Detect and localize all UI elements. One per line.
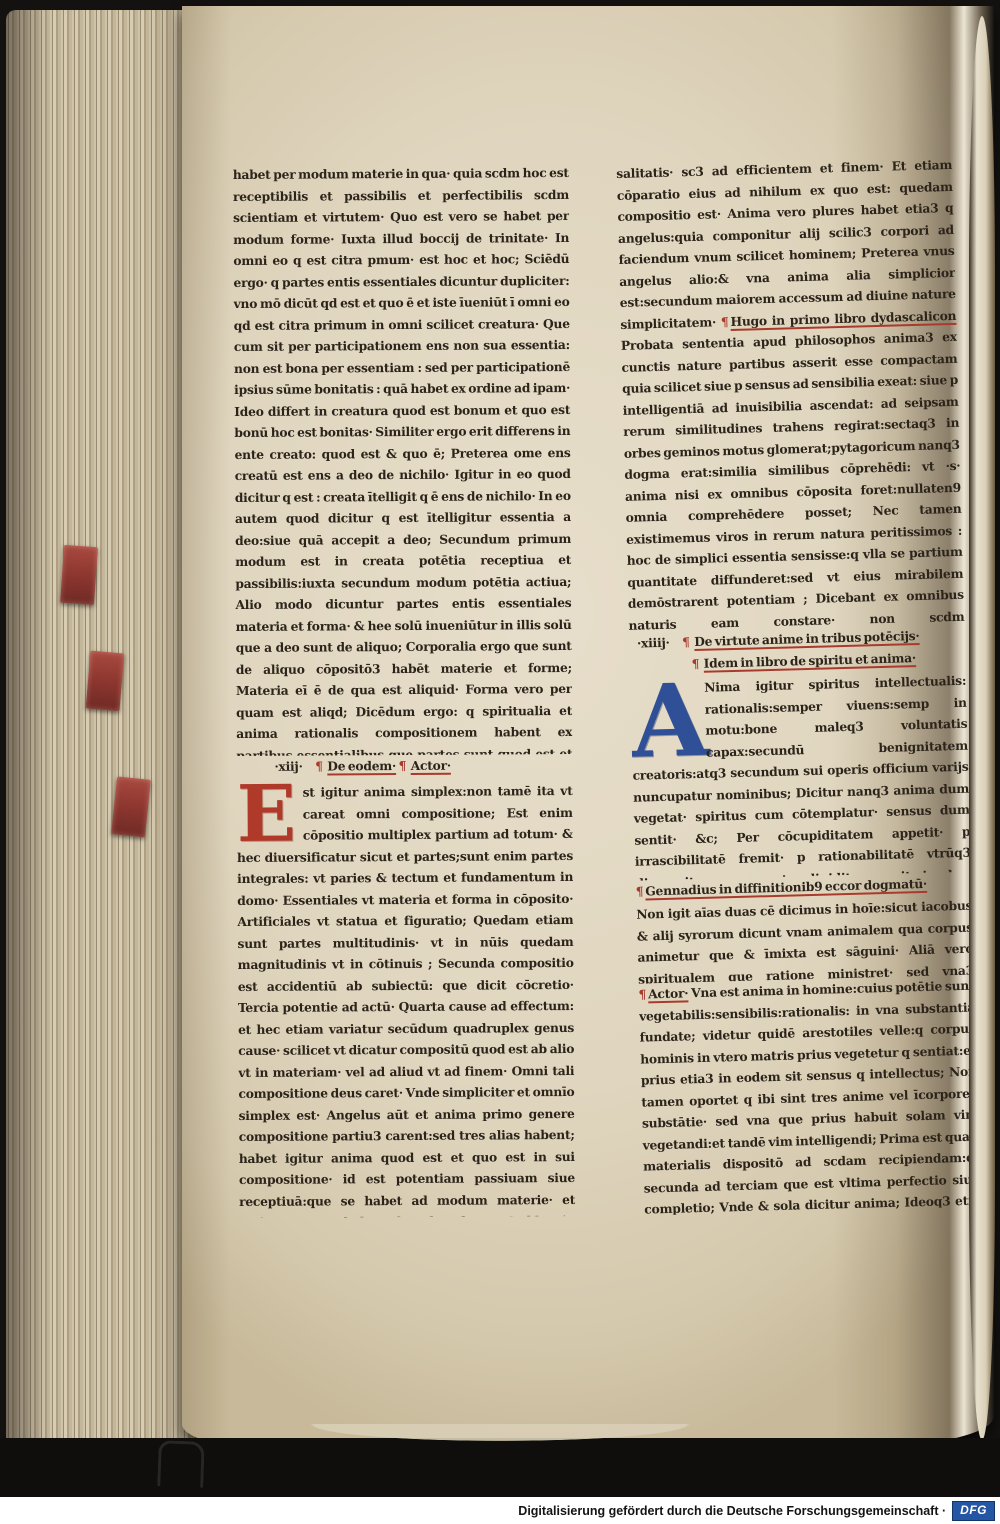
inline-rubric-heading: Hugo in primo libro dydascalicon bbox=[730, 307, 956, 328]
body-text-block: ANima igitur spiritus intellectualis: ra… bbox=[630, 670, 971, 881]
paraph-icon: ¶ bbox=[636, 884, 644, 899]
body-text: st igitur anima simplex:non tamē ita vt … bbox=[237, 783, 575, 1218]
background-shadow bbox=[0, 1438, 1000, 1497]
body-text-block: ¶Actor· Vna est anima in homine:cuius po… bbox=[638, 975, 980, 1216]
caption-text: Digitalisierung gefördert durch die Deut… bbox=[518, 1504, 946, 1518]
paraph-icon: ¶ bbox=[691, 655, 699, 670]
body-text-block: Est igitur anima simplex:non tamē ita vt… bbox=[237, 780, 576, 1218]
red-initial: E bbox=[237, 784, 295, 846]
chapter-title: De eodem· bbox=[327, 758, 396, 773]
text-area: habet per modum materie in qua· quia scd… bbox=[182, 6, 994, 1446]
paraph-icon: ¶ bbox=[399, 758, 407, 773]
body-text-block: habet per modum materie in qua· quia scd… bbox=[233, 162, 573, 756]
body-text: salitatis· sc3 ad efficientem et finem· … bbox=[616, 157, 956, 332]
chapter-heading: ·xiij· ¶ De eodem· ¶ Actor· bbox=[236, 754, 572, 782]
paraph-icon: ¶ bbox=[315, 758, 323, 773]
body-text-block: Non igit aīas duas cē dicimus in hoīe:si… bbox=[636, 895, 974, 984]
chapter-numeral: ·xiiij· bbox=[637, 635, 670, 651]
book-page-edges bbox=[6, 10, 206, 1462]
chapter-numeral: ·xiij· bbox=[274, 759, 302, 774]
body-text: Vna est anima in homine:cuius potētie su… bbox=[639, 978, 980, 1216]
chapter-title: De virtute anime in tribus potēcijs· bbox=[694, 628, 920, 649]
page-holder-clip bbox=[157, 1440, 205, 1488]
body-text: Probata sententia apud philosophos anima… bbox=[621, 329, 965, 633]
leather-tab-marker bbox=[60, 545, 98, 605]
blue-initial: A bbox=[630, 679, 698, 765]
paraph-icon: ¶ bbox=[638, 986, 646, 1001]
leather-tab-marker bbox=[86, 651, 125, 712]
chapter-source: Actor· bbox=[411, 758, 451, 773]
leather-tab-marker bbox=[111, 776, 151, 837]
text-column-right: salitatis· sc3 ad efficientem et finem· … bbox=[616, 154, 981, 1223]
manuscript-page: habet per modum materie in qua· quia scd… bbox=[182, 6, 994, 1446]
digitization-caption: Digitalisierung gefördert durch die Deut… bbox=[0, 1497, 1000, 1524]
body-text-block: salitatis· sc3 ad efficientem et finem· … bbox=[616, 154, 965, 633]
dfg-logo: DFG bbox=[952, 1501, 995, 1521]
book-scan: habet per modum materie in qua· quia scd… bbox=[0, 0, 1000, 1524]
next-page-fore-edge bbox=[969, 16, 995, 1440]
text-column-left: habet per modum materie in qua· quia scd… bbox=[233, 162, 575, 1224]
paraph-icon: ¶ bbox=[721, 314, 729, 329]
paraph-icon: ¶ bbox=[682, 634, 690, 649]
inline-rubric-heading: Actor· bbox=[648, 985, 689, 1001]
chapter-source: Idem in libro de spiritu et anima· bbox=[703, 650, 916, 671]
rubric-heading: Gennadius in diffinitionib9 eccor dogmat… bbox=[645, 876, 927, 899]
